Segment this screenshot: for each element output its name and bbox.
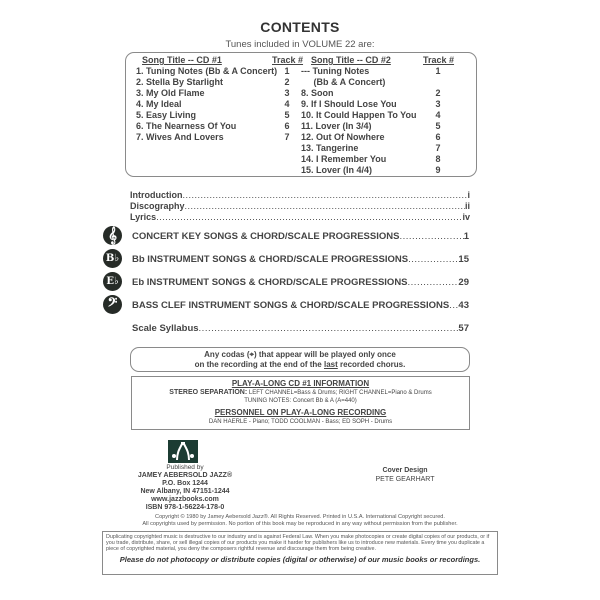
tuning-notes-info: TUNING NOTES: Concert Bb & A (A=440) [132, 397, 469, 405]
toc-label: CONCERT KEY SONGS & CHORD/SCALE PROGRESS… [132, 231, 399, 242]
copyright-notice: Copyright © 1980 by Jamey Aebersold Jazz… [100, 514, 500, 528]
toc-page: 57 [458, 323, 469, 334]
track-number: 9 [423, 165, 453, 176]
track-row: 11. Lover (In 3/4)5 [301, 121, 471, 132]
track-row: 1. Tuning Notes (Bb & A Concert)1 [134, 66, 294, 77]
published-by: Published by [120, 464, 250, 472]
leader-dots: ........................................… [185, 201, 465, 211]
publisher-name: JAMEY AEBERSOLD JAZZ® [120, 472, 250, 480]
cd2-header: Song Title -- CD #2 Track # [301, 55, 471, 66]
cover-label: Cover Design [360, 466, 450, 475]
publisher-po-box: P.O. Box 1244 [120, 480, 250, 488]
toc-label: Eb INSTRUMENT SONGS & CHORD/SCALE PROGRE… [132, 277, 408, 288]
leader-dots: ........................................… [399, 231, 463, 242]
track-title: 2. Stella By Starlight [136, 77, 223, 88]
track-row: 3. My Old Flame3 [134, 88, 294, 99]
track-number: 5 [272, 110, 302, 121]
page-title: CONTENTS [0, 19, 600, 35]
track-number: 7 [272, 132, 302, 143]
track-row: 6. The Nearness Of You6 [134, 121, 294, 132]
toc-discography[interactable]: Discography ............................… [130, 201, 470, 211]
anti-piracy-box: Duplicating copyrighted music is destruc… [102, 531, 498, 575]
track-title: (Bb & A Concert) [301, 77, 385, 88]
toc-page: 15 [458, 254, 469, 265]
cd1-track-header: Track # [272, 55, 302, 66]
toc-page: i [467, 190, 470, 200]
cover-designer: PETE GEARHART [360, 475, 450, 484]
track-title: 9. If I Should Lose You [301, 99, 397, 110]
track-row: 4. My Ideal4 [134, 99, 294, 110]
toc-page: 1 [464, 231, 469, 242]
cd2-track-header: Track # [423, 55, 453, 66]
coda-note-line1: Any codas (⌖) that appear will be played… [131, 350, 469, 360]
leader-dots: ........................................… [156, 212, 462, 222]
track-number: 4 [272, 99, 302, 110]
track-number: 7 [423, 143, 453, 154]
cover-design-credit: Cover Design PETE GEARHART [360, 466, 450, 484]
track-number: 2 [423, 88, 453, 99]
track-list-box: Song Title -- CD #1 Track # 1. Tuning No… [125, 52, 477, 177]
toc-section[interactable]: BASS CLEF INSTRUMENT SONGS & CHORD/SCALE… [132, 300, 469, 311]
track-number: 8 [423, 154, 453, 165]
cd1-header: Song Title -- CD #1 Track # [134, 55, 294, 66]
warning-bold: Please do not photocopy or distribute co… [106, 555, 494, 564]
toc-section[interactable]: Eb INSTRUMENT SONGS & CHORD/SCALE PROGRE… [132, 277, 469, 288]
track-number: 3 [272, 88, 302, 99]
track-number: 4 [423, 110, 453, 121]
track-title: 7. Wives And Lovers [136, 132, 224, 143]
warning-text: Duplicating copyrighted music is destruc… [106, 534, 494, 553]
cd1-title-header: Song Title -- CD #1 [142, 55, 222, 66]
track-number: 2 [272, 77, 302, 88]
toc-section[interactable]: CONCERT KEY SONGS & CHORD/SCALE PROGRESS… [132, 231, 469, 242]
isbn: ISBN 978-1-56224-178-0 [120, 504, 250, 512]
bass-clef-icon: 𝄢 [103, 295, 122, 314]
toc-label: Discography [130, 201, 185, 211]
track-row: 7. Wives And Lovers7 [134, 132, 294, 143]
treble-clef-icon: 𝄞 [103, 226, 122, 245]
leader-dots: ........................................… [408, 277, 459, 288]
leader-dots: ........................................… [408, 254, 458, 265]
track-row: 8. Soon2 [301, 88, 471, 99]
track-title: 6. The Nearness Of You [136, 121, 236, 132]
track-title: 1. Tuning Notes (Bb & A Concert) [136, 66, 277, 77]
track-title: 13. Tangerine [301, 143, 358, 154]
track-row: --- Tuning Notes1 [301, 66, 471, 77]
toc-label: Lyrics [130, 212, 156, 222]
copyright-line1: Copyright © 1980 by Jamey Aebersold Jazz… [100, 514, 500, 521]
publisher-city: New Albany, IN 47151-1244 [120, 488, 250, 496]
toc-label: Introduction [130, 190, 183, 200]
leader-dots: ........................................… [449, 300, 458, 311]
cd2-column: Song Title -- CD #2 Track # --- Tuning N… [301, 55, 471, 176]
personnel-heading: PERSONNEL ON PLAY-A-LONG RECORDING [132, 408, 469, 418]
track-title: 14. I Remember You [301, 154, 386, 165]
track-number: 1 [423, 66, 453, 77]
toc-section[interactable]: Bb INSTRUMENT SONGS & CHORD/SCALE PROGRE… [132, 254, 469, 265]
track-title: 4. My Ideal [136, 99, 182, 110]
track-number: 6 [423, 132, 453, 143]
track-title: 3. My Old Flame [136, 88, 205, 99]
publisher-website[interactable]: www.jazzbooks.com [120, 496, 250, 504]
track-title: --- Tuning Notes [301, 66, 369, 77]
publisher-info: Published by JAMEY AEBERSOLD JAZZ® P.O. … [120, 464, 250, 512]
page-subtitle: Tunes included in VOLUME 22 are: [0, 39, 600, 50]
b-flat-icon: B♭ [103, 249, 122, 268]
track-title: 12. Out Of Nowhere [301, 132, 385, 143]
cd-info-box: PLAY-A-LONG CD #1 INFORMATION STEREO SEP… [131, 376, 470, 430]
copyright-line2: All copyrights used by permission. No po… [100, 521, 500, 528]
personnel-list: DAN HAERLE - Piano; TODD COOLMAN - Bass;… [132, 418, 469, 426]
track-row: 10. It Could Happen To You4 [301, 110, 471, 121]
track-row: 12. Out Of Nowhere6 [301, 132, 471, 143]
leader-dots: ........................................… [199, 323, 459, 334]
track-row: 9. If I Should Lose You3 [301, 99, 471, 110]
track-row: 14. I Remember You8 [301, 154, 471, 165]
track-title: 5. Easy Living [136, 110, 196, 121]
track-row: 15. Lover (In 4/4)9 [301, 165, 471, 176]
track-title: 11. Lover (In 3/4) [301, 121, 372, 132]
cd1-column: Song Title -- CD #1 Track # 1. Tuning No… [134, 55, 294, 143]
e-flat-icon: E♭ [103, 272, 122, 291]
toc-label: BASS CLEF INSTRUMENT SONGS & CHORD/SCALE… [132, 300, 449, 311]
toc-introduction[interactable]: Introduction ...........................… [130, 190, 470, 200]
coda-note-box: Any codas (⌖) that appear will be played… [130, 347, 470, 372]
leader-dots: ........................................… [183, 190, 468, 200]
cd2-title-header: Song Title -- CD #2 [311, 55, 391, 66]
toc-scale-syllabus[interactable]: Scale Syllabus .........................… [132, 323, 469, 334]
cd-info-heading: PLAY-A-LONG CD #1 INFORMATION [132, 379, 469, 389]
track-row: 5. Easy Living5 [134, 110, 294, 121]
toc-page: ii [465, 201, 470, 211]
toc-label: Scale Syllabus [132, 323, 199, 334]
track-row: (Bb & A Concert) [301, 77, 471, 88]
toc-label: Bb INSTRUMENT SONGS & CHORD/SCALE PROGRE… [132, 254, 408, 265]
publisher-logo [168, 440, 198, 463]
track-number: 6 [272, 121, 302, 132]
track-number: 5 [423, 121, 453, 132]
track-row: 2. Stella By Starlight2 [134, 77, 294, 88]
track-number: 3 [423, 99, 453, 110]
track-number: 1 [272, 66, 302, 77]
track-title: 10. It Could Happen To You [301, 110, 417, 121]
toc-page: iv [462, 212, 470, 222]
toc-page: 29 [458, 277, 469, 288]
toc-lyrics[interactable]: Lyrics .................................… [130, 212, 470, 222]
track-title: 15. Lover (In 4/4) [301, 165, 372, 176]
toc-page: 43 [458, 300, 469, 311]
coda-note-line2: on the recording at the end of the last … [131, 360, 469, 370]
stereo-separation: STEREO SEPARATION: LEFT CHANNEL=Bass & D… [132, 389, 469, 397]
track-title: 8. Soon [301, 88, 334, 99]
track-row: 13. Tangerine7 [301, 143, 471, 154]
